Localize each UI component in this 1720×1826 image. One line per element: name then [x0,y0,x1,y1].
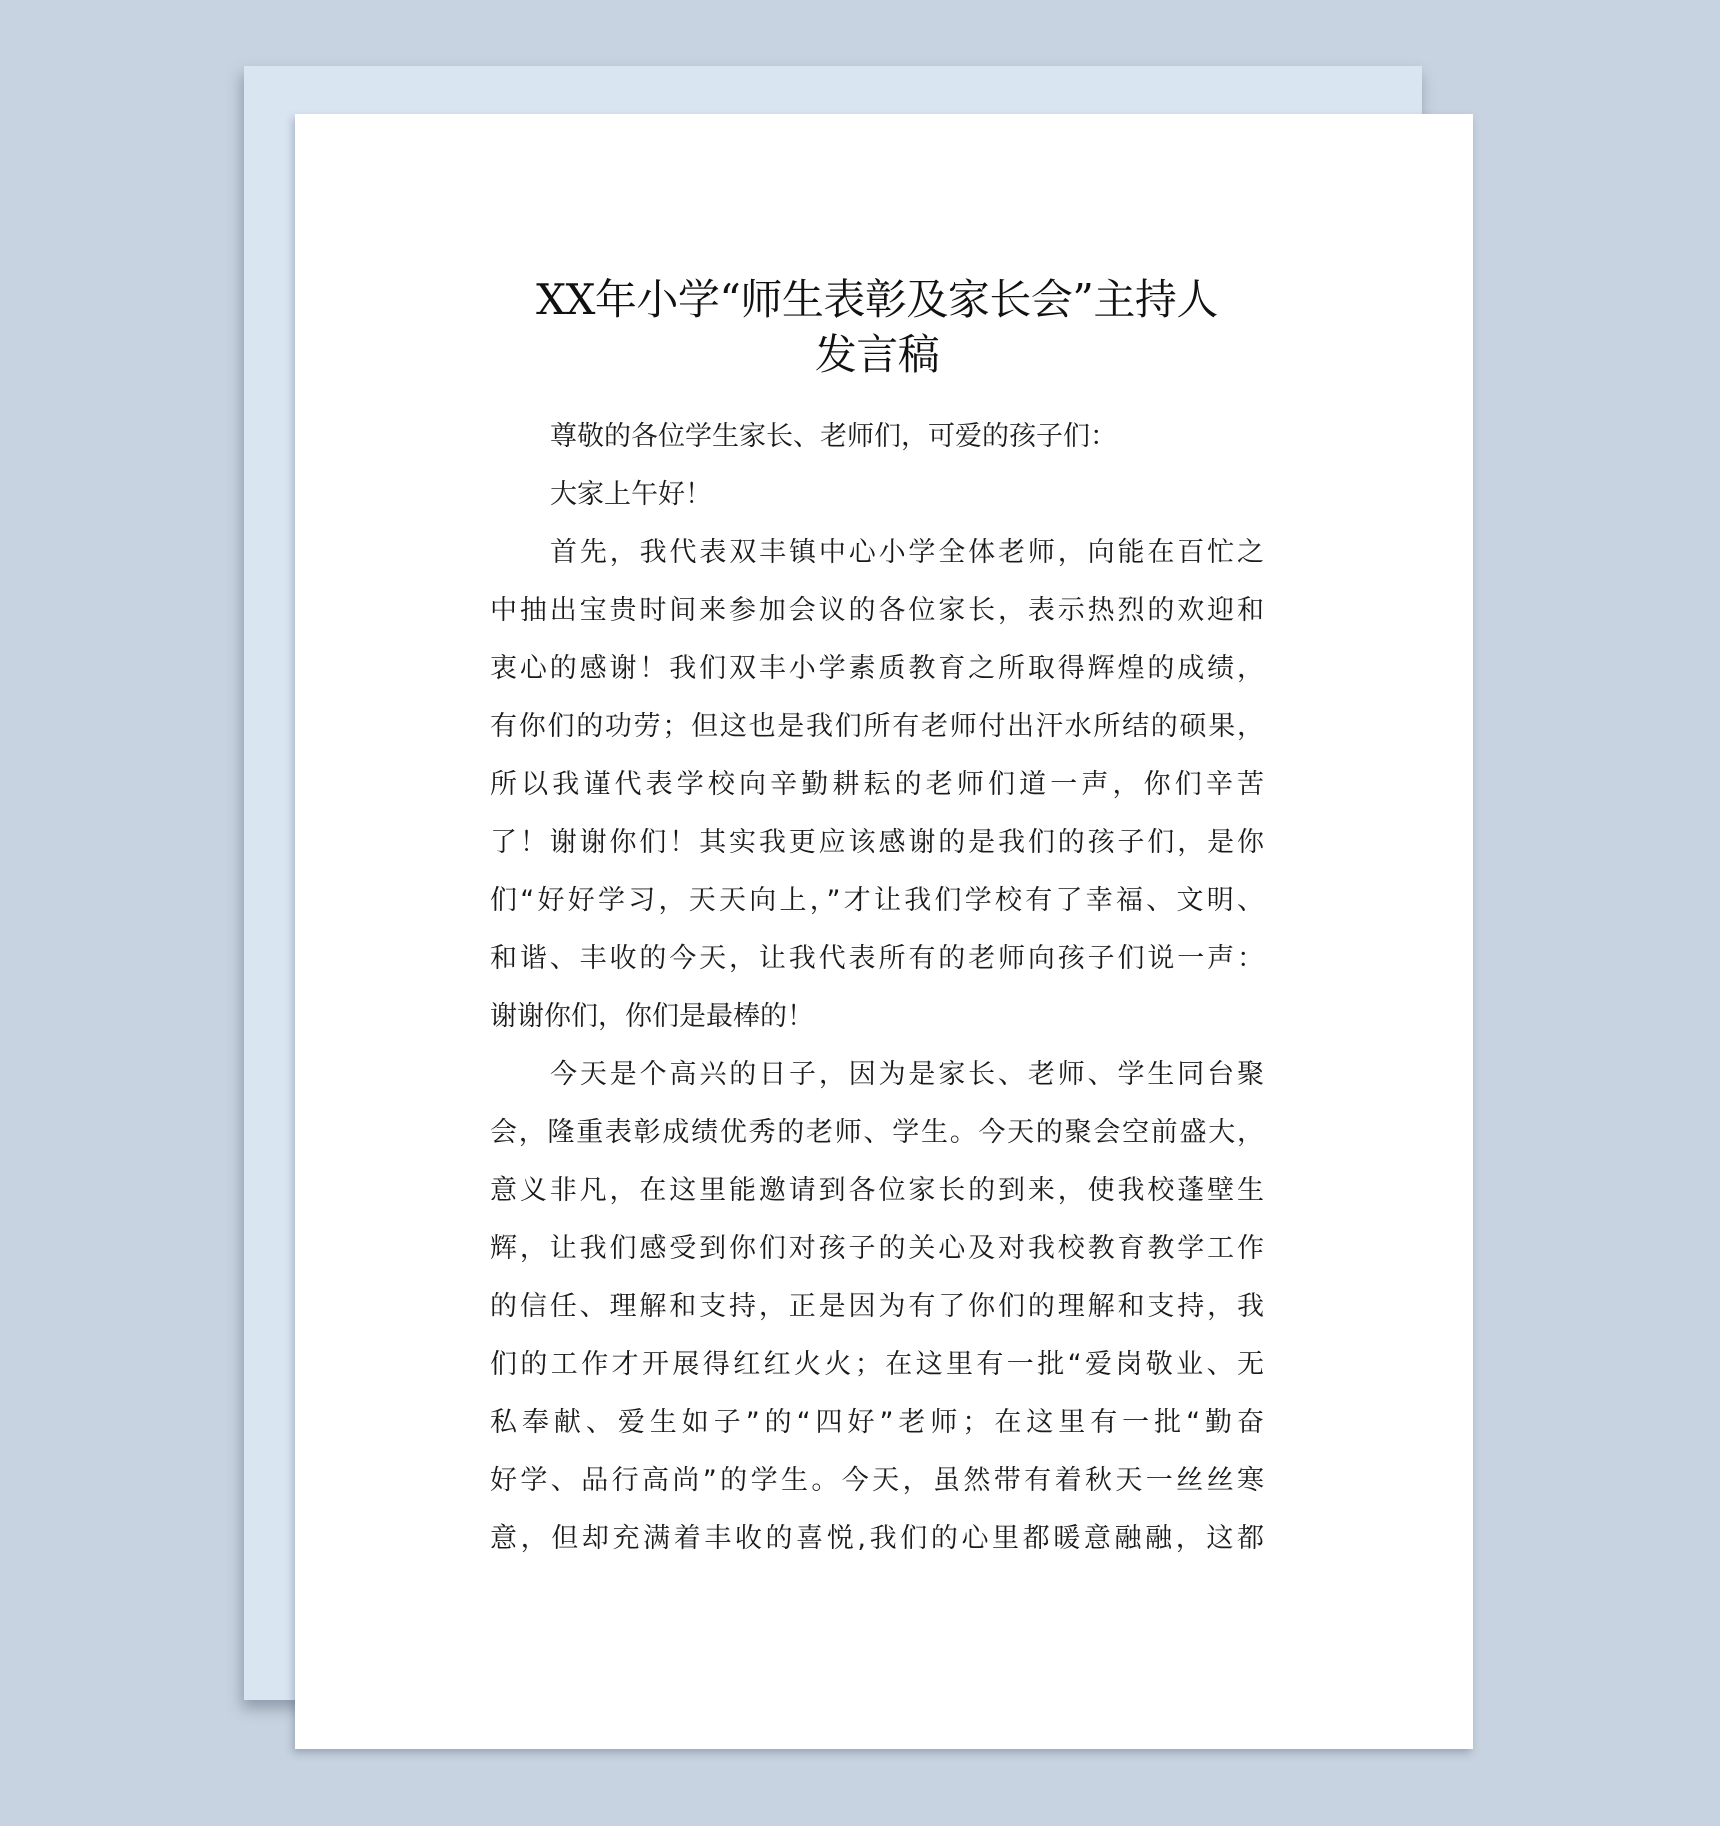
body-line: 辉，让我们感受到你们对孩子的关心及对我校教育教学工作 [490,1220,1264,1278]
body-line: 了！谢谢你们！其实我更应该感谢的是我们的孩子们，是你 [490,814,1264,872]
body-line: 好学、品行高尚”的学生。今天，虽然带有着秋天一丝丝寒 [490,1452,1264,1510]
body-line-salutation: 尊敬的各位学生家长、老师们，可爱的孩子们： [490,408,1264,466]
title-line-2: 发言稿 [490,327,1264,382]
body-line: 今天是个高兴的日子，因为是家长、老师、学生同台聚 [490,1046,1264,1104]
title-line-1: XX年小学“师生表彰及家长会”主持人 [490,272,1264,327]
body-line: 和谐、丰收的今天，让我代表所有的老师向孩子们说一声： [490,930,1264,988]
body-line: 意义非凡，在这里能邀请到各位家长的到来，使我校蓬壁生 [490,1162,1264,1220]
body-line: 所以我谨代表学校向辛勤耕耘的老师们道一声，你们辛苦 [490,756,1264,814]
body-line: 首先，我代表双丰镇中心小学全体老师，向能在百忙之 [490,524,1264,582]
body-line: 衷心的感谢！我们双丰小学素质教育之所取得辉煌的成绩， [490,640,1264,698]
body-line: 们的工作才开展得红红火火；在这里有一批“爱岗敬业、无 [490,1336,1264,1394]
body-line: 有你们的功劳；但这也是我们所有老师付出汗水所结的硕果， [490,698,1264,756]
body-line-greeting: 大家上午好！ [490,466,1264,524]
body-line: 会，隆重表彰成绩优秀的老师、学生。今天的聚会空前盛大， [490,1104,1264,1162]
body-line: 们“好好学习，天天向上，”才让我们学校有了幸福、文明、 [490,872,1264,930]
document-body: 尊敬的各位学生家长、老师们，可爱的孩子们： 大家上午好！ 首先，我代表双丰镇中心… [490,408,1264,1568]
body-line: 谢谢你们，你们是最棒的！ [490,988,1264,1046]
body-line: 私奉献、爱生如子”的“四好”老师；在这里有一批“勤奋 [490,1394,1264,1452]
document-page: XX年小学“师生表彰及家长会”主持人 发言稿 尊敬的各位学生家长、老师们，可爱的… [295,114,1473,1749]
body-line: 的信任、理解和支持，正是因为有了你们的理解和支持，我 [490,1278,1264,1336]
document-title: XX年小学“师生表彰及家长会”主持人 发言稿 [490,272,1264,382]
body-line: 中抽出宝贵时间来参加会议的各位家长，表示热烈的欢迎和 [490,582,1264,640]
body-line: 意，但却充满着丰收的喜悦,我们的心里都暖意融融，这都 [490,1510,1264,1568]
